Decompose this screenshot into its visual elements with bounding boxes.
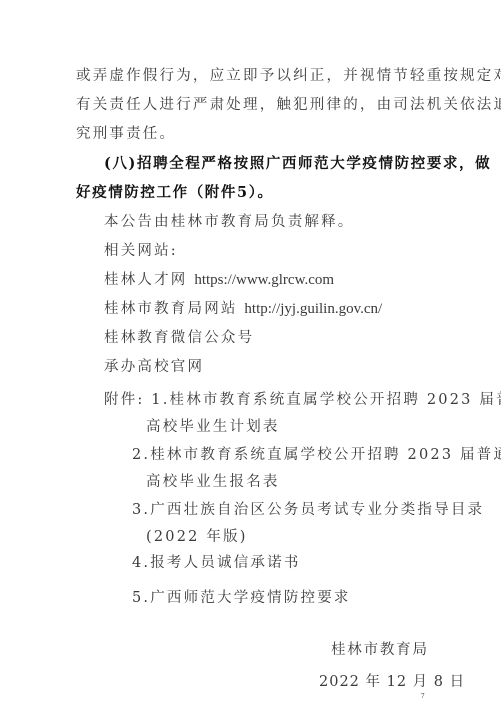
signature-date: 2022 年 12 月 8 日 xyxy=(319,672,465,692)
site-name: 桂林人才网 xyxy=(104,272,194,288)
paragraph-line: 究刑事责任。 xyxy=(76,124,176,144)
site-name: 桂林市教育局网站 xyxy=(104,301,244,317)
attachment-text: 1.桂林市教育系统直属学校公开招聘 2023 届普通 xyxy=(151,392,501,408)
site-url: http://jyj.guilin.gov.cn/ xyxy=(244,301,382,317)
site-glrcw: 桂林人才网 https://www.glrcw.com xyxy=(104,270,334,290)
attachment-1-cont: 高校毕业生计划表 xyxy=(146,417,280,437)
attachment-4: 4.报考人员诚信承诺书 xyxy=(132,553,301,573)
site-university: 承办高校官网 xyxy=(104,357,204,377)
explain-text: 本公告由桂林市教育局负责解释。 xyxy=(104,212,355,232)
attachment-2: 2.桂林市教育系统直属学校公开招聘 2023 届普通 xyxy=(132,445,501,465)
site-jyj: 桂林市教育局网站 http://jyj.guilin.gov.cn/ xyxy=(104,299,382,319)
attachments-label: 附件: xyxy=(104,392,151,408)
attachment-2-cont: 高校毕业生报名表 xyxy=(146,472,280,492)
site-url: https://www.glrcw.com xyxy=(194,272,334,288)
attachment-1: 附件: 1.桂林市教育系统直属学校公开招聘 2023 届普通 xyxy=(104,390,501,410)
site-wechat: 桂林教育微信公众号 xyxy=(104,328,254,348)
page-number: 7 xyxy=(421,692,425,700)
signature-org: 桂林市教育局 xyxy=(331,640,429,660)
sites-label: 相关网站: xyxy=(104,241,178,261)
attachment-5: 5.广西师范大学疫情防控要求 xyxy=(132,588,351,608)
attachment-3-cont: (2022 年版) xyxy=(146,527,248,547)
paragraph-line: 或弄虚作假行为，应立即予以纠正，并视情节轻重按规定对 xyxy=(76,66,501,86)
item-8-heading-cont: 好疫情防控工作（附件5）。 xyxy=(76,183,274,203)
paragraph-line: 有关责任人进行严肃处理，触犯刑律的，由司法机关依法追 xyxy=(76,95,501,115)
attachment-3: 3.广西壮族自治区公务员考试专业分类指导目录 xyxy=(132,500,484,520)
item-8-heading: (八)招聘全程严格按照广西师范大学疫情防控要求，做 xyxy=(104,154,491,174)
